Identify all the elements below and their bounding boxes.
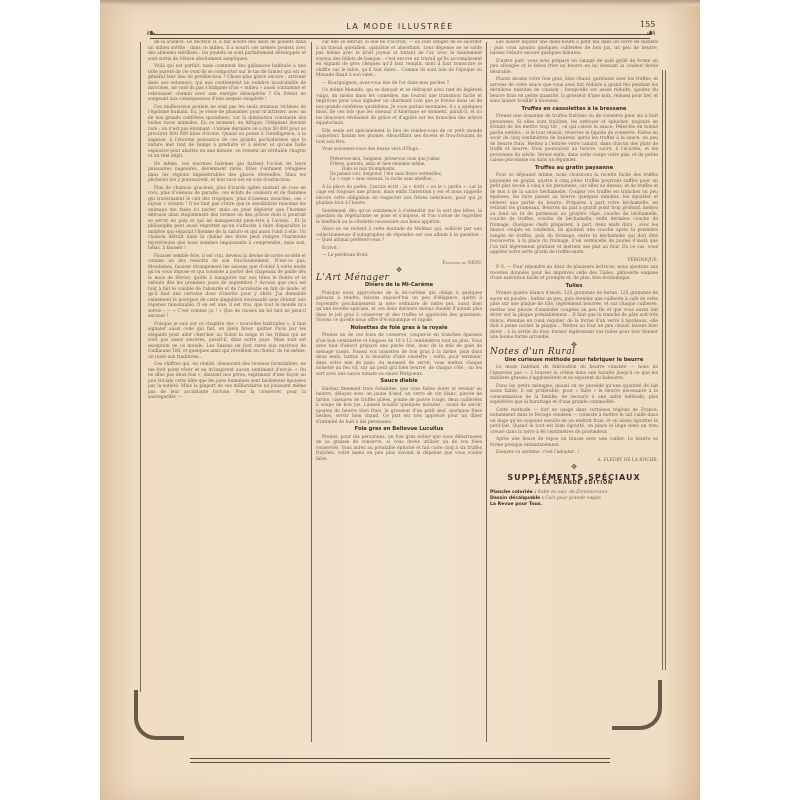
supplements-subtitle: À LA GRANDE ÉDITION: [490, 481, 658, 487]
paragraph: Cette méthode — fort en usage dans certa…: [490, 408, 658, 436]
recipe-text: Hachez finement trois échalotes, que vou…: [316, 387, 482, 426]
recipe-text: Prenez, pour dix personnes, un foie gras…: [316, 435, 482, 463]
recipe-title: Dîners de la Mi-Carême: [316, 283, 482, 289]
recipe-text: Puisque nous approchons de la mi-carême …: [316, 291, 482, 324]
paragraph: Écrivit :: [316, 246, 482, 252]
recipe-text: Prenez une douzaine de truffes fraîches …: [490, 114, 658, 164]
paragraph: Seulement, dès qu'on commence à s'attend…: [316, 209, 482, 226]
paragraph: Ces chiffres qui, en réalité, dénoncent …: [148, 362, 306, 401]
postscript: P.-S. — Pour répondre au désir de plusie…: [490, 265, 658, 282]
header-rule: [150, 34, 650, 39]
paragraph: de la science. Le docteur R. a fait éclo…: [148, 40, 306, 62]
page-top-edge: [100, 0, 700, 6]
paragraph: Voilà qui est parfait, mais comment des …: [148, 64, 306, 103]
running-head: LA MODE ILLUSTRÉE: [145, 22, 655, 31]
paragraph: car elle se détruit, si elle ne s'accroî…: [316, 40, 482, 79]
supplement-label: La Revue pour Tous.: [490, 502, 542, 507]
paragraph: — Bourguignon, avez-vous mis de l'or dan…: [316, 81, 482, 87]
paragraph: Après une heure de repos on brasse avec …: [490, 437, 658, 448]
recipe-title: Sauce diable: [316, 379, 482, 385]
hugo-verse: Préservez-moi, Seigneur, préservez ceux …: [330, 156, 482, 182]
paragraph: Ce même Monade, qui se flançait et se dé…: [316, 88, 482, 127]
paragraph: De même, ces énormes baleines qui batten…: [148, 162, 306, 184]
recipe-title: Truffes en cassolettes à la bressane: [490, 107, 658, 113]
recipe-text: Prenez un de ces foies de conserve, coup…: [316, 333, 482, 377]
paragraph: Fausser semble être, il est vrai, devenu…: [148, 254, 306, 320]
paragraph: Vous souvenez-vous des beaux vers d'Hugo…: [316, 147, 482, 153]
fleuron-icon: ✥: [490, 465, 658, 471]
column-divider-2: [486, 42, 487, 742]
verse-line: La « cage » sans oiseaux, la ruche sans …: [330, 176, 482, 181]
right-frame-rule-inner: [665, 70, 666, 670]
left-frame-rule: [140, 42, 141, 692]
recipe-text: Prenez quatre blancs d'œufs, 125 grammes…: [490, 291, 658, 341]
right-frame-rule: [662, 70, 663, 670]
paragraph: D'autre part, vous avez préparé un canap…: [490, 59, 658, 76]
paragraph: Puisque je suis sur ce chapitre des « no…: [148, 322, 306, 361]
column-2: car elle se détruit, si elle ne s'accroî…: [316, 40, 482, 726]
paragraph: Les laisser mijoter une demi-heure à pet…: [490, 40, 658, 57]
section-title-art-menager: L'Art Ménager: [316, 276, 482, 282]
recipe-title: Noisettes de foie gras à la royale: [316, 326, 482, 332]
rural-subtitle: Une curieuse méthode pour fabriquer le b…: [490, 358, 658, 364]
paragraph: Le mode habituel de fabrication du beurr…: [490, 365, 658, 382]
paragraph: Dans les petits ménages, quand on ne pos…: [490, 384, 658, 406]
supplement-detail: Coin pour grande nappe.: [545, 496, 602, 501]
recipe-title: Truffes au gratin paysanne: [490, 166, 658, 172]
bottom-left-corner-ornament: [134, 690, 184, 740]
paragraph: — Le perdreau froid.: [316, 253, 482, 259]
column-1: de la science. Le docteur R. a fait éclo…: [148, 40, 306, 692]
supplement-item: La Revue pour Tous.: [490, 502, 658, 508]
recipe-signature: VÉRONIQUE.: [490, 258, 658, 264]
section-title-notes-rural: Notes d'un Rural: [490, 350, 658, 356]
paragraph: Alors on en revient à cette boutade de M…: [316, 227, 482, 244]
paragraph: À la place du poète, j'aurais écrit : la…: [316, 185, 482, 207]
recipe-title: Foie gras en Bellevue Lucullus: [316, 427, 482, 433]
recipe-title-tuiles: Tuiles: [490, 284, 658, 290]
supplement-label: Planche coloriée :: [490, 490, 536, 495]
supplement-detail: Robe du soir, de Zimmermann.: [538, 490, 609, 495]
column-divider-1: [311, 42, 312, 742]
paragraph: Essayez ce système, c'est l'adopter...!: [490, 450, 658, 456]
paragraph: Elle seule est spécialement le lieu de r…: [316, 129, 482, 146]
supplement-label: Dessin décalquable :: [490, 496, 544, 501]
column-3: Les laisser mijoter une demi-heure à pet…: [490, 40, 658, 700]
bottom-rule: [190, 758, 610, 763]
paragraph: Ces malheureux poulets ne sont pas les s…: [148, 105, 306, 160]
paragraph: Placez dessus votre foie gras, bien chau…: [490, 77, 658, 105]
recipe-text: Pour ce déjeuner intime, nous choisirons…: [490, 173, 658, 256]
paragraph: Plus de chamois gracieux, plus d'isards …: [148, 186, 306, 252]
